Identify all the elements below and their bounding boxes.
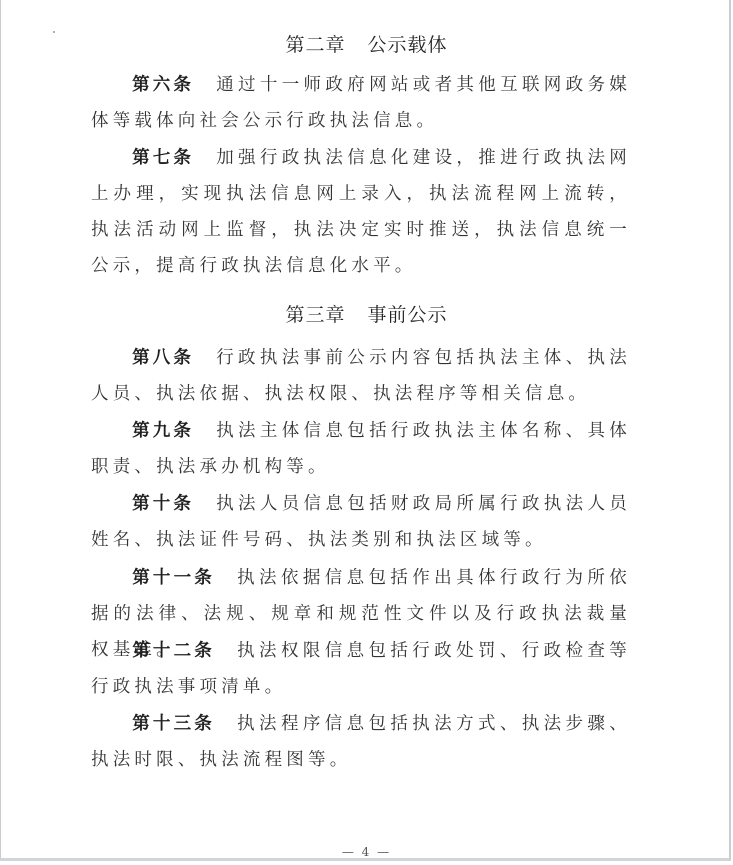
article-number: 第九条 bbox=[132, 421, 194, 441]
chapter-number: 第二章 bbox=[285, 34, 345, 56]
article-6: 第六条通过十一师政府网站或者其他互联网政务媒体等载体向社会公示行政执法信息。 bbox=[91, 67, 631, 139]
chapter-heading-2: 第二章公示载体 bbox=[1, 30, 732, 57]
chapter-title: 公示载体 bbox=[368, 34, 448, 56]
chapter-number: 第三章 bbox=[285, 304, 345, 326]
article-number: 第七条 bbox=[132, 148, 194, 168]
chapter-title: 事前公示 bbox=[368, 304, 448, 326]
article-number: 第八条 bbox=[132, 348, 194, 368]
page-number: — 4 — bbox=[1, 845, 732, 859]
article-number: 第十三条 bbox=[132, 714, 215, 734]
article-number: 第六条 bbox=[132, 75, 194, 95]
article-12: 第十二条执法权限信息包括行政处罚、行政检查等行政执法事项清单。 bbox=[91, 633, 631, 705]
article-13: 第十三条执法程序信息包括执法方式、执法步骤、执法时限、执法流程图等。 bbox=[91, 706, 631, 778]
article-9: 第九条执法主体信息包括行政执法主体名称、具体职责、执法承办机构等。 bbox=[91, 413, 631, 485]
article-number: 第十条 bbox=[132, 494, 194, 514]
article-number: 第十一条 bbox=[132, 568, 215, 588]
article-8: 第八条行政执法事前公示内容包括执法主体、执法人员、执法依据、执法权限、执法程序等… bbox=[91, 340, 631, 412]
chapter-heading-3: 第三章事前公示 bbox=[1, 300, 732, 327]
document-page: 第二章公示载体 第六条通过十一师政府网站或者其他互联网政务媒体等载体向社会公示行… bbox=[0, 0, 731, 861]
article-7: 第七条加强行政执法信息化建设，推进行政执法网上办理，实现执法信息网上录入，执法流… bbox=[91, 140, 631, 284]
article-number: 第十二条 bbox=[132, 641, 215, 661]
article-10: 第十条执法人员信息包括财政局所属行政执法人员姓名、执法证件号码、执法类别和执法区… bbox=[91, 486, 631, 558]
